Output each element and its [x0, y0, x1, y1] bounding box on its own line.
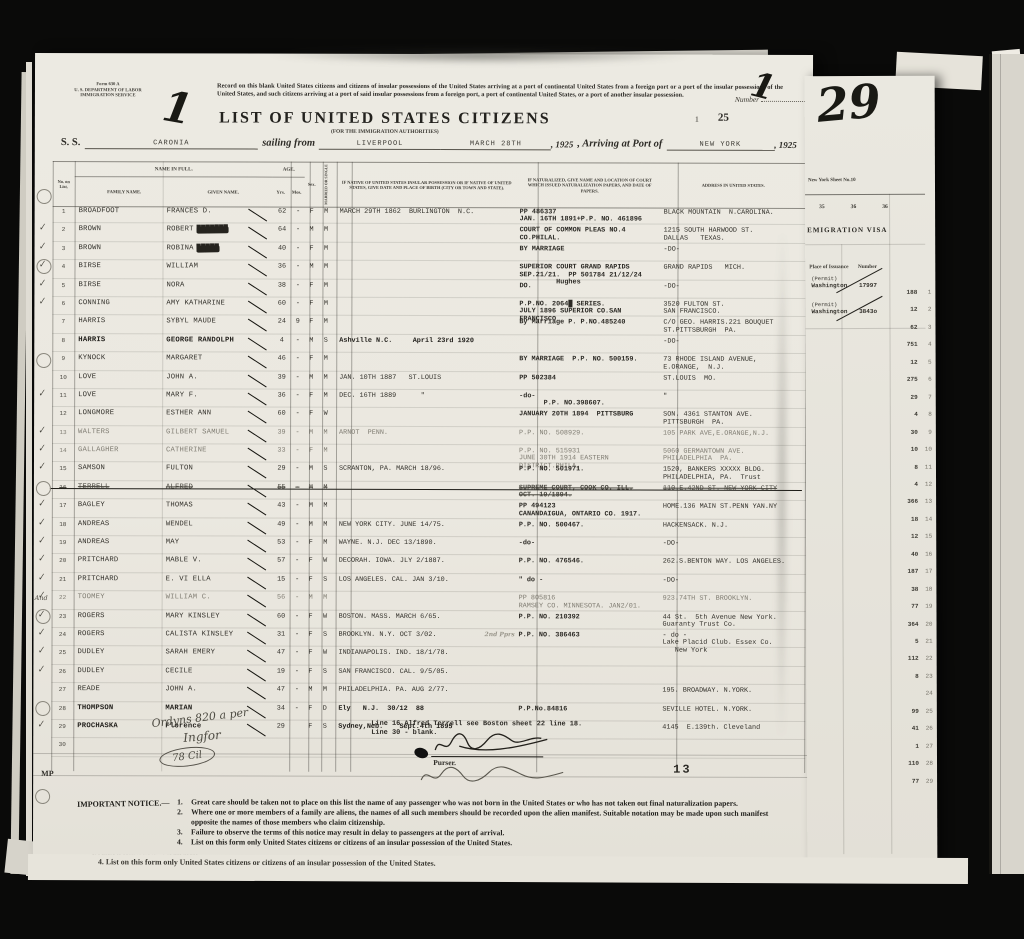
cell-yrs: 29 [271, 721, 290, 738]
cell-addr: 73 RHODE ISLAND AVENUE, E.ORANGE, N.J. [659, 354, 806, 372]
visa-strip-row: 36613 [896, 499, 936, 505]
mp-mark: MP [41, 769, 53, 778]
cell-birth: WAYNE. N.J. DEC 13/1890. [333, 537, 519, 555]
visa-number: 77 [896, 604, 918, 610]
record-instruction: Record on this blank United States citiz… [217, 82, 783, 100]
cell-no: ✓15 [52, 462, 74, 480]
notice-item-number: 3. [177, 827, 191, 837]
cell-sex: F [304, 537, 318, 554]
cell-slash [247, 224, 273, 242]
cell-family: WALTERS [74, 426, 162, 444]
sailing-year: 25 [564, 139, 573, 150]
cell-nat [518, 666, 658, 684]
line-number: 22 [919, 656, 933, 662]
cell-addr: SEVILLE HOTEL. N.YORK. [658, 703, 805, 721]
cell-no: ✓23 [52, 610, 74, 628]
place-of-issuance-header: Place of Issuance [809, 264, 848, 270]
passenger-row: ✓23ROGERSMARY KINSLEY60-FWBOSTON. MASS. … [52, 610, 806, 630]
cell-no: ✓25 [51, 646, 73, 663]
cell-sex: F [305, 206, 319, 224]
line-number: 1 [917, 290, 931, 296]
cell-mos: - [291, 371, 304, 388]
header-given-name: GIVEN NAME. [174, 177, 273, 206]
cell-nat: -do- [519, 537, 659, 555]
cell-yrs: 46 [272, 353, 291, 371]
pen-slash [247, 521, 266, 534]
cell-sex: F [303, 665, 317, 682]
line-number: 2 [917, 307, 931, 313]
ruled-line [805, 194, 925, 195]
pen-slash [247, 576, 266, 589]
visa-number: 12 [895, 307, 917, 313]
cell-family: READE [73, 683, 161, 701]
adjacent-sheet: 29 New York Sheet No.10 35 36 36 EMIGRAT… [805, 76, 938, 870]
cell-mos: - [291, 390, 304, 408]
notice-item-text: Where one or more members of a family ar… [191, 807, 787, 829]
cell-mos: - [291, 555, 304, 572]
cell-birth: NEW YORK CITY. JUNE 14/75. [333, 518, 519, 536]
visa-number: 8 [897, 674, 919, 680]
cell-birth: SCRANTON, PA. MARCH 18/96. [333, 463, 519, 481]
cell-sex: F [304, 408, 318, 426]
cell-ms: M [319, 206, 334, 224]
passenger-row: ✓24ROGERSCALISTA KINSLEY31-FSBROOKLYN. N… [52, 628, 806, 648]
cell-yrs: 60 [272, 610, 291, 628]
cell-nat: " do - [519, 574, 659, 592]
passenger-row: ✓And22TOOMEYWILLIAM C.56-MMPP 805816 RAM… [52, 591, 806, 611]
pen-slash [247, 687, 266, 700]
check-mark: ✓ [37, 537, 46, 546]
column-35: 35 [819, 204, 825, 210]
cell-addr: HOME.136 MAIN ST.PENN YAN.NY [659, 501, 806, 519]
notice-item-number: 4. [177, 837, 191, 847]
cell-slash [246, 426, 272, 443]
partial-notice-line-ghost: 3. Failure to observe the terms of this … [92, 854, 198, 857]
cell-no: ✓13 [52, 426, 74, 443]
passenger-row: ✓21PRITCHARDE. VI ELLA15-FSLOS ANGELES. … [52, 573, 806, 593]
pen-slash [247, 705, 266, 718]
pen-slash [248, 227, 267, 240]
cell-slash [245, 665, 271, 682]
cell-no: 28 [51, 702, 73, 719]
cell-sex: F [304, 316, 318, 334]
passenger-row: 9KYNOCKMARGARET46-FMBY MARRIAGE P.P. NO.… [52, 352, 806, 372]
cell-ms: W [318, 555, 333, 572]
cell-family: LOVE [74, 389, 162, 407]
cell-no: ✓5 [52, 279, 74, 296]
visa-strip-row: 18717 [896, 569, 936, 575]
passenger-row: 1BROADFOOTFRANCES D.62-FMMARCH 29TH 1862… [53, 205, 807, 225]
cell-sex: F [303, 721, 317, 738]
cell-nat: JANUARY 20TH 1894 PITTSBURG [519, 409, 659, 427]
cell-family: DUDLEY [73, 646, 161, 664]
cell-mos: - [291, 426, 304, 443]
cell-yrs: 55 [272, 481, 291, 499]
line-number: 13 [918, 499, 932, 505]
cell-slash [246, 592, 272, 610]
visa-column-headers: Place of Issuance Number [809, 264, 885, 270]
cell-given: CECILE [161, 665, 245, 683]
cell-nat: COURT OF COMMON PLEAS NO.4 CO.PHILAL. [520, 225, 660, 243]
line-number: 10 [918, 447, 932, 453]
passenger-row: ✓20PRITCHARDMABLE V.57-FWDECORAH. IOWA. … [52, 554, 806, 574]
ss-label: S. S. [57, 137, 85, 149]
cell-addr: BLACK MOUNTAIN N.CAROLINA. [660, 207, 807, 225]
cell-slash [245, 720, 271, 737]
visa-strip-row: 9925 [897, 709, 937, 715]
cell-family: BROWN [75, 223, 163, 241]
cell-ms: D [317, 702, 332, 719]
form-title: LIST OF UNITED STATES CITIZENS [35, 109, 735, 129]
cell-sex: M [304, 482, 318, 500]
check-mark: ✓ [38, 280, 47, 289]
header-name-group: NAME IN FULL. FAMILY NAME. GIVEN NAME. [75, 162, 273, 207]
check-mark: ✓ [37, 464, 46, 473]
cell-family: PROCHASKA [73, 720, 161, 738]
passenger-row: ✓6CONNINGAMY KATHARINE60-FMP.P.NO. 2064█… [52, 297, 806, 317]
passenger-table: No. on List. NAME IN FULL. FAMILY NAME. … [51, 161, 806, 729]
cell-nat [519, 335, 659, 353]
cell-mos: - [290, 684, 303, 701]
visa-number: 29 [896, 395, 918, 401]
passenger-row: 27READEJOHN A.47-MMPHILADELPHIA. PA. AUG… [51, 683, 805, 703]
cell-ms: S [318, 334, 333, 351]
visa-number: 112 [897, 656, 919, 662]
cell-given: FULTON [162, 463, 246, 481]
cell-ms: M [319, 243, 334, 260]
cell-addr: 4145 E.139th. Cleveland [658, 722, 805, 740]
cell-sex: F [304, 574, 318, 591]
visa-strip-row: 125 [896, 360, 936, 366]
passenger-row: 16TERRELLALFRED55-MMSUPREME COURT, COOK … [52, 481, 806, 501]
cell-birth [333, 408, 519, 426]
cell-family: BROADFOOT [75, 205, 163, 223]
cell-yrs: 40 [273, 242, 292, 259]
purser-signature [429, 730, 569, 758]
cell-given: MARY KINSLEY [162, 610, 246, 628]
cell-sex: F [304, 279, 318, 296]
cell-yrs: 47 [271, 647, 290, 664]
line-number: 9 [918, 429, 932, 435]
ruled-line [889, 194, 892, 854]
cell-sex: F [303, 647, 317, 664]
column-36b: 36 [882, 204, 888, 210]
cell-given: THOMAS [162, 500, 246, 518]
cell-ms: W [317, 647, 332, 664]
scanned-photograph-background: Form 630 A U. S. DEPARTMENT OF LABOR IMM… [0, 0, 1024, 939]
visa-strip-row: 11222 [897, 656, 937, 662]
cell-birth: SAN FRANCISCO. CAL. 9/5/05. [332, 666, 518, 684]
visa-number: 38 [896, 586, 918, 592]
visa-number: 12 [896, 360, 918, 366]
visa-number: 8 [896, 464, 918, 470]
cell-addr: 923.74TH ST. BROOKLYN. [659, 593, 806, 611]
cell-no: ✓19 [52, 536, 74, 553]
check-mark: ✓ [37, 519, 46, 528]
cell-birth: DECORAH. IOWA. JLY 2/1887. [333, 555, 519, 573]
cell-yrs: 53 [272, 537, 291, 554]
visa-number: 41 [897, 726, 919, 732]
cell-mos: - [290, 647, 303, 664]
cell-yrs: 39 [272, 371, 291, 388]
visa-number: 4 [896, 482, 918, 488]
cell-addr: -DO- [659, 280, 806, 298]
notice-item-number: 2. [177, 807, 191, 827]
pen-slash [247, 503, 266, 516]
cell-slash [245, 702, 271, 719]
cell-yrs: 64 [273, 224, 292, 242]
cell-slash [246, 555, 272, 572]
port-of-departure: LIVERPOOL [319, 140, 441, 150]
visa-strip-row: 2756 [896, 377, 936, 383]
cell-sex: F [303, 702, 317, 719]
cell-given: E. VI ELLA [162, 573, 246, 591]
visa-number [897, 691, 919, 697]
visa-number: 188 [895, 290, 917, 296]
visa-number: 110 [897, 761, 919, 767]
cell-given: NORA [162, 279, 246, 297]
cell-addr: 1520, BANKERS XXXXX BLDG. PHILADELPHIA, … [659, 464, 806, 482]
cell-birth [333, 316, 519, 334]
line-number: 27 [919, 743, 933, 749]
cell-addr [658, 648, 805, 666]
cell-mos [290, 721, 303, 738]
cell-yrs: 47 [271, 684, 290, 701]
pen-slash [248, 337, 267, 350]
notice-item-text: List on this form only United States cit… [191, 837, 787, 849]
cell-ms: S [318, 574, 333, 591]
visa-number: 275 [896, 377, 918, 383]
cell-nat: P.P. NO. 210392 [519, 611, 659, 629]
cell-addr: -DO- [659, 335, 806, 353]
passenger-row: ✓13WALTERSGILBERT SAMUEL39-MMARNOT PENN.… [52, 426, 806, 446]
cell-mos: - [291, 408, 304, 426]
cell-given: MARGARET [162, 352, 246, 370]
notice-item: 2.Where one or more members of a family … [177, 807, 787, 829]
visa-strip-row: 127 [897, 743, 937, 749]
cell-given: SARAH EMERY [161, 647, 245, 665]
cell-slash [246, 371, 272, 388]
cell-addr [658, 666, 805, 684]
handwritten-sheet-number-29: 29 [814, 73, 883, 133]
cell-family: BROWN [75, 242, 163, 260]
voyage-line: S. S. CARONIA sailing from LIVERPOOL MAR… [57, 137, 797, 151]
cell-slash [246, 463, 272, 481]
cell-birth: DEC. 16TH 1889 " [333, 390, 519, 408]
cell-addr: ST.LOUIS MO. [659, 372, 806, 390]
cell-mos: - [291, 334, 304, 351]
cell-slash [246, 573, 272, 590]
line-number: 7 [918, 394, 932, 400]
header-naturalized: IF NATURALIZED, GIVE NAME AND LOCATION O… [520, 163, 660, 207]
visa-strip-row: 48 [896, 412, 936, 418]
permit-number: 17997 [859, 282, 877, 289]
visa-strip-row: 309 [896, 429, 936, 435]
visa-number: 40 [896, 552, 918, 558]
pen-slash [247, 613, 266, 626]
hole-punch [35, 351, 53, 369]
visa-strip-row: 7729 [897, 778, 937, 784]
check-mark: ✓ [37, 501, 46, 510]
cell-nat: -do- P.P. NO.398607. [519, 390, 659, 408]
cell-slash [246, 279, 272, 296]
hole-punch [34, 479, 52, 497]
line-number: 24 [919, 691, 933, 697]
line-number: 14 [918, 517, 932, 523]
ruled-line [841, 244, 844, 854]
cell-ms: M [318, 500, 333, 518]
scan-smudge [265, 46, 695, 65]
pen-slash [248, 282, 267, 295]
column-numbers: 35 36 36 [819, 204, 919, 210]
cell-nat: BY MARRIAGE P.P. NO. 500159. [519, 353, 659, 371]
line-number: 11 [918, 464, 932, 470]
page-number: 13 [673, 763, 691, 777]
passenger-row: ✓15SAMSONFULTON29-MSSCRANTON, PA. MARCH … [52, 462, 806, 482]
cell-family: PRITCHARD [74, 573, 162, 591]
cell-ms: M [318, 537, 333, 554]
cell-nat [518, 648, 658, 666]
visa-strip-row: 7514 [896, 342, 936, 348]
cell-sex: F [304, 390, 318, 408]
cell-yrs: 19 [271, 665, 290, 682]
sheet-label: New York Sheet No.10 [808, 178, 856, 183]
line-number: 4 [918, 342, 932, 348]
cell-addr: 110.E.42ND ST. NEW YORK CITY [659, 482, 806, 500]
cell-ms: S [317, 721, 332, 738]
check-mark: ✓ [37, 390, 46, 399]
cell-slash [246, 389, 272, 407]
passenger-row: ✓3BROWNROBINA█████40-FMBY MARRIAGE-DO- [53, 242, 807, 262]
passenger-row: ✓5BIRSENORA38-FMDO.-DO- [52, 279, 806, 299]
visa-number: 10 [896, 447, 918, 453]
cell-no: ✓And22 [52, 591, 74, 609]
cell-ms: M [318, 279, 333, 296]
line-number: 12 [918, 482, 932, 488]
cell-given: JOHN A. [162, 371, 246, 389]
header-birth: IF NATIVE OF UNITED STATES INSULAR POSSE… [334, 163, 520, 207]
list-number-small: 1 [695, 115, 699, 124]
cell-mos: - [291, 573, 304, 590]
pen-slash [248, 264, 267, 277]
cell-mos: - [292, 206, 305, 224]
cell-sex: F [305, 242, 319, 259]
cell-yrs: 60 [272, 408, 291, 426]
cell-ms: M [318, 426, 333, 443]
passenger-row: 7HARRISSYBYL MAUDE249FMBy Marriage P. P.… [52, 315, 806, 335]
partial-notice-line: 4. List on this form only United States … [98, 857, 436, 867]
second-signature [413, 764, 583, 788]
cell-ms: W [318, 408, 333, 426]
cell-ms: M [318, 316, 333, 334]
cell-no: ✓21 [52, 573, 74, 590]
cell-nat [518, 684, 658, 702]
cell-sex: M [304, 592, 318, 610]
sailing-date: MARCH 28TH [441, 140, 551, 150]
line-number: 23 [919, 674, 933, 680]
cell-family: HARRIS [74, 315, 162, 333]
cell-birth [334, 224, 520, 242]
visa-number: 30 [896, 429, 918, 435]
cell-ms: M [319, 224, 334, 242]
cell-ms: S [318, 463, 333, 481]
year-prefix-2: , 19 [774, 140, 788, 151]
pen-slash [248, 301, 267, 314]
check-mark: ✓ [37, 648, 46, 657]
cell-given: FRANCES D. [163, 205, 247, 223]
cell-slash [245, 647, 271, 664]
header-yrs: Yrs. [273, 178, 289, 207]
visa-strip-row: 297 [896, 394, 936, 400]
cell-addr: 262.S.BENTON WAY. LOS ANGELES. [659, 556, 806, 574]
visa-strip-row: 7719 [896, 604, 936, 610]
cell-sex: F [304, 353, 318, 371]
cell-ms: M [318, 592, 333, 610]
cell-family: TERRELL [74, 481, 162, 499]
cell-sex: F [304, 610, 318, 628]
cell-mos: - [291, 279, 304, 296]
pen-slash [247, 632, 266, 645]
margin-note: And [35, 595, 48, 602]
cell-slash [246, 408, 272, 426]
cell-mos: - [291, 463, 304, 481]
pen-slash [248, 448, 267, 461]
header-age-group: AGE. Yrs. Mos. [273, 163, 305, 207]
cell-mos: - [290, 665, 303, 682]
cell-nat: P.P. NO. 501971. [519, 464, 659, 482]
department-stamp: Form 630 A U. S. DEPARTMENT OF LABOR IMM… [55, 81, 161, 98]
scribbled-out-name: ███████ [197, 227, 229, 234]
cell-ms: S [317, 665, 332, 682]
passenger-rows: 1BROADFOOTFRANCES D.62-FMMARCH 29TH 1862… [51, 205, 806, 759]
passenger-row: ✓4BIRSEWILLIAM36-MMSUPERIOR COURT GRAND … [52, 260, 806, 280]
emigration-visa-title: EMIGRATION VISA [807, 226, 887, 234]
cell-sex: M [304, 426, 318, 443]
cell-addr: 44 St. 5th Avenue New York. Guaranty Tru… [659, 611, 806, 629]
notice-title: IMPORTANT NOTICE.— [77, 799, 169, 809]
pen-slash [248, 411, 267, 424]
cell-family: PRITCHARD [74, 555, 162, 573]
table-header: No. on List. NAME IN FULL. FAMILY NAME. … [53, 161, 807, 209]
pen-slash [247, 540, 266, 553]
column-36: 36 [851, 204, 857, 210]
cell-birth: Ashville N.C. April 23rd 1920 [333, 334, 519, 352]
cell-addr: " [659, 391, 806, 409]
line-number: 8 [918, 412, 932, 418]
cell-family: DUDLEY [73, 665, 161, 683]
cell-family: ANDREAS [74, 536, 162, 554]
ruled-line [805, 244, 925, 245]
cell-yrs: 4 [272, 334, 291, 351]
pen-slash [248, 319, 267, 332]
check-mark: ✓ [37, 721, 46, 730]
visa-number: 5 [897, 639, 919, 645]
cell-ms: M [318, 371, 333, 388]
cell-yrs: 39 [272, 426, 291, 443]
permit-number: 3843o [859, 308, 877, 315]
header-no-on-list: No. on List. [53, 162, 75, 206]
cell-yrs: 62 [273, 206, 292, 224]
cell-ms: M [318, 353, 333, 371]
hole-punch [33, 787, 51, 805]
cell-no: 12 [52, 407, 74, 425]
visa-strip-row: 4126 [897, 726, 937, 732]
cell-nat: PP 805816 RAMSEY CO. MINNESOTA. JAN2/01. [519, 592, 659, 610]
passenger-row: 8HARRISGEORGE RANDOLPH4-MSAshville N.C. … [52, 334, 806, 354]
ship-name: CARONIA [84, 139, 258, 149]
visa-strip-row: 122 [895, 307, 935, 313]
line-number: 5 [918, 360, 932, 366]
